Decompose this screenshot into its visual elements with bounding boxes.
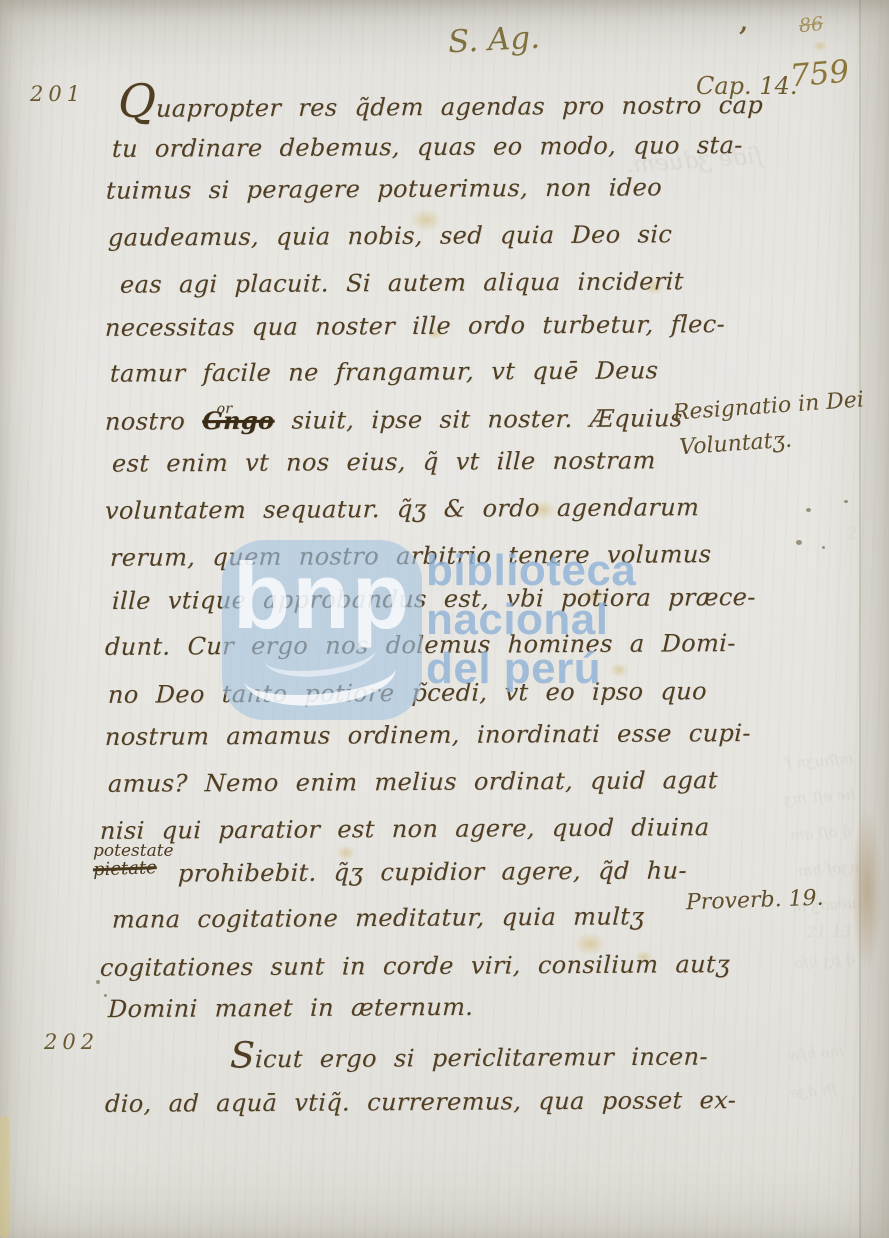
body-line: mana cogitatione meditatur, quia multʒ [112, 901, 645, 934]
body-line: necessitas qua noster ille ordo turbetur… [105, 309, 726, 343]
margin-note-line: Proverb. 19. [686, 886, 824, 916]
folio-number: 759 [789, 53, 851, 94]
page-header: S. Ag. [447, 20, 541, 61]
ghost-bleedthrough-text: he eſt mʒ [783, 786, 855, 809]
manuscript-scan-page: S. Ag. ’ 86 Cap. 14. 759 201202 Quapropt… [0, 0, 889, 1238]
bnp-wordmark-line: biblioteca [426, 546, 636, 595]
bnp-wordmark-line: del perú [426, 644, 636, 693]
margin-correction: potestate pietate [93, 842, 174, 878]
ghost-bleedthrough-text: ſh dʒe [789, 1080, 837, 1101]
ink-speck [822, 546, 825, 549]
paragraph-number: 202 [44, 1030, 99, 1054]
ghost-bleedthrough-text: nʒoſ hm [797, 858, 859, 880]
bottom-left-paper-strip [0, 1116, 9, 1238]
ink-speck [806, 508, 811, 512]
bnp-watermark-wordmark: bibliotecanacionaldel perú [426, 546, 636, 693]
bnp-wordmark-line: nacional [426, 595, 636, 644]
ghost-bleedthrough-text: mo hſw [787, 1042, 844, 1064]
ink-speck [844, 500, 848, 503]
bnp-watermark-logo: bnp [222, 540, 422, 720]
body-line: amus? Nemo enim melius ordinat, quid aga… [108, 765, 719, 799]
bnp-logo-text: bnp [222, 546, 422, 646]
struck-corner-number: 86 [798, 13, 824, 37]
body-line: Domini manet in æternum. [108, 992, 474, 1024]
body-line: prohibebit. q̃ʒ cupidior agere, q̃d hu- [178, 855, 688, 888]
margin-note-resignatio: Resignatio in DeiVoluntatʒ. [672, 387, 867, 460]
body-line: voluntatem sequatur. q̃ʒ & ordo agendaru… [105, 492, 700, 526]
ghost-bleedthrough-text: mſhuʒn f [785, 750, 854, 773]
corner-flourish-mark: ’ [733, 19, 749, 60]
ghost-bleedthrough-text: 21 13 [806, 922, 852, 941]
body-line: tamur facile ne frangamur, vt quē Deus [110, 355, 659, 388]
margin-note-proverb: Proverb. 19. [686, 886, 824, 916]
body-line: tu ordinare debemus, quas eo modo, quo s… [112, 130, 744, 164]
struck-word: orGngo [202, 406, 275, 436]
body-line: eas agi placuit. Si autem aliqua incider… [120, 266, 685, 299]
ghost-bleedthrough-text: 2 [846, 524, 857, 544]
body-line: Quapropter res q̃dem agendas pro nostro … [117, 82, 763, 124]
ink-stain [810, 38, 830, 54]
ink-speck [796, 540, 802, 545]
body-line: dio, ad aquā vtiq̃. curreremus, qua poss… [105, 1085, 737, 1119]
body-line: nostrum amamus ordinem, inordinati esse … [105, 718, 752, 752]
ghost-bleedthrough-text: q̃ oſi am [789, 822, 852, 844]
body-line: gaudeamus, quia nobis, sed quia Deo sic [108, 219, 673, 252]
body-line: nostro orGngo siuit, ipse sit noster. Æq… [105, 403, 683, 437]
bnp-logo-swoosh-icon [242, 637, 399, 711]
body-line: cogitationes sunt in corde viri, consili… [100, 949, 731, 983]
correction-struck-word: pietate [93, 859, 174, 880]
margin-note-line: Resignatio in Dei [672, 387, 865, 425]
body-line: tuimus si peragere potuerimus, non ideo [106, 172, 663, 205]
body-line: est enim vt nos eius, q̃ vt ille nostram [112, 445, 657, 478]
ghost-bleedthrough-text: q̃ pʒ uſo [793, 950, 856, 972]
paragraph-number: 201 [30, 82, 85, 106]
superscript-correction: or [216, 394, 233, 424]
margin-note-line: Voluntatʒ. [679, 422, 868, 460]
page-edge-backing [861, 0, 889, 1238]
body-line: nisi qui paratior est non agere, quod di… [100, 812, 710, 846]
body-line: Sicut ergo si periclitaremur incen- [230, 1039, 709, 1075]
ink-speck [104, 994, 107, 997]
